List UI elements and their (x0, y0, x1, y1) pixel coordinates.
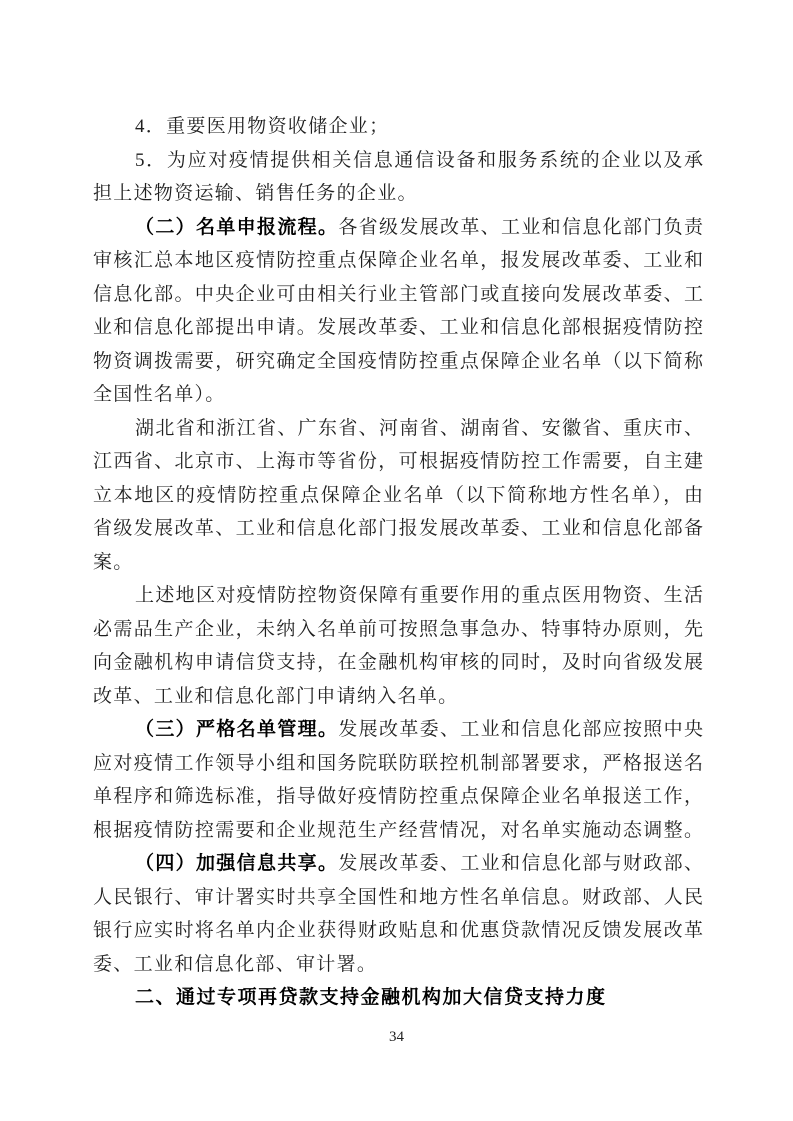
text-line: 5．为应对疫情提供相关信息通信设备和服务系统的企业以及承 (93, 144, 703, 178)
text-segment: 物资调拨需要，研究确定全国疫情防控重点保障企业名单（以下简称 (93, 351, 703, 372)
text-segment: 发展改革委、工业和信息化部与财政部、 (338, 853, 703, 874)
text-segment: 江西省、北京市、上海市等省份，可根据疫情防控工作需要，自主建 (93, 451, 703, 472)
text-line: 信息化部。中央企业可由相关行业主管部门或直接向发展改革委、工 (93, 278, 703, 312)
text-line: 单程序和筛选标准，指导做好疫情防控重点保障企业名单报送工作， (93, 780, 703, 814)
document-page: 4．重要医用物资收储企业；5．为应对疫情提供相关信息通信设备和服务系统的企业以及… (0, 0, 793, 1121)
text-line: 向金融机构申请信贷支持，在金融机构审核的同时，及时向省级发展 (93, 646, 703, 680)
text-segment: 案。 (93, 552, 134, 573)
text-line: 审核汇总本地区疫情防控重点保障企业名单，报发展改革委、工业和 (93, 244, 703, 278)
text-line: 物资调拨需要，研究确定全国疫情防控重点保障企业名单（以下简称 (93, 345, 703, 379)
text-segment: 根据疫情防控需要和企业规范生产经营情况，对名单实施动态调整。 (93, 820, 703, 841)
section-heading: 二、通过专项再贷款支持金融机构加大信贷支持力度 (93, 981, 703, 1015)
bold-text-segment: （四）加强信息共享。 (135, 853, 338, 874)
text-segment: 湖北省和浙江省、广东省、河南省、湖南省、安徽省、重庆市、 (135, 418, 703, 439)
text-line: 江西省、北京市、上海市等省份，可根据疫情防控工作需要，自主建 (93, 445, 703, 479)
text-line: 担上述物资运输、销售任务的企业。 (93, 177, 703, 211)
text-segment: 上述地区对疫情防控物资保障有重要作用的重点医用物资、生活 (135, 585, 703, 606)
page-footer: 34 (0, 1028, 793, 1046)
text-line: 应对疫情工作领导小组和国务院联防联控机制部署要求，严格报送名 (93, 747, 703, 781)
text-segment: 改革、工业和信息化部门申请纳入名单。 (93, 686, 458, 707)
text-segment: 担上述物资运输、销售任务的企业。 (93, 183, 418, 204)
text-segment: 必需品生产企业，未纳入名单前可按照急事急办、特事特办原则，先 (93, 619, 703, 640)
text-segment: 向金融机构申请信贷支持，在金融机构审核的同时，及时向省级发展 (93, 652, 703, 673)
text-segment: 5．为应对疫情提供相关信息通信设备和服务系统的企业以及承 (135, 150, 703, 171)
text-line: 业和信息化部提出申请。发展改革委、工业和信息化部根据疫情防控 (93, 311, 703, 345)
text-line: 银行应实时将名单内企业获得财政贴息和优惠贷款情况反馈发展改革 (93, 914, 703, 948)
text-segment: 人民银行、审计署实时共享全国性和地方性名单信息。财政部、人民 (93, 887, 703, 908)
text-line: 必需品生产企业，未纳入名单前可按照急事急办、特事特办原则，先 (93, 613, 703, 647)
text-segment: 4．重要医用物资收储企业； (135, 116, 389, 137)
text-line: 湖北省和浙江省、广东省、河南省、湖南省、安徽省、重庆市、 (93, 412, 703, 446)
text-line: 全国性名单）。 (93, 378, 703, 412)
text-line: 案。 (93, 546, 703, 580)
text-line: 省级发展改革、工业和信息化部门报发展改革委、工业和信息化部备 (93, 512, 703, 546)
text-line: 改革、工业和信息化部门申请纳入名单。 (93, 680, 703, 714)
text-segment: 应对疫情工作领导小组和国务院联防联控机制部署要求，严格报送名 (93, 753, 703, 774)
text-line: 根据疫情防控需要和企业规范生产经营情况，对名单实施动态调整。 (93, 814, 703, 848)
bold-text-segment: （三）严格名单管理。 (135, 719, 338, 740)
text-line: （二）名单申报流程。各省级发展改革、工业和信息化部门负责 (93, 211, 703, 245)
text-line: 人民银行、审计署实时共享全国性和地方性名单信息。财政部、人民 (93, 881, 703, 915)
text-line: （四）加强信息共享。发展改革委、工业和信息化部与财政部、 (93, 847, 703, 881)
text-line: （三）严格名单管理。发展改革委、工业和信息化部应按照中央 (93, 713, 703, 747)
text-segment: 业和信息化部提出申请。发展改革委、工业和信息化部根据疫情防控 (93, 317, 703, 338)
text-segment: 立本地区的疫情防控重点保障企业名单（以下简称地方性名单），由 (93, 485, 703, 506)
text-line: 上述地区对疫情防控物资保障有重要作用的重点医用物资、生活 (93, 579, 703, 613)
text-segment: 全国性名单）。 (93, 384, 226, 405)
bold-text-segment: 二、通过专项再贷款支持金融机构加大信贷支持力度 (135, 987, 607, 1008)
text-segment: 委、工业和信息化部、审计署。 (93, 954, 377, 975)
page-number: 34 (389, 1029, 404, 1045)
text-segment: 银行应实时将名单内企业获得财政贴息和优惠贷款情况反馈发展改革 (93, 920, 703, 941)
text-segment: 发展改革委、工业和信息化部应按照中央 (338, 719, 703, 740)
text-segment: 审核汇总本地区疫情防控重点保障企业名单，报发展改革委、工业和 (93, 250, 703, 271)
text-line: 立本地区的疫情防控重点保障企业名单（以下简称地方性名单），由 (93, 479, 703, 513)
text-line: 4．重要医用物资收储企业； (93, 110, 703, 144)
text-line: 委、工业和信息化部、审计署。 (93, 948, 703, 982)
text-segment: 省级发展改革、工业和信息化部门报发展改革委、工业和信息化部备 (93, 518, 703, 539)
text-segment: 单程序和筛选标准，指导做好疫情防控重点保障企业名单报送工作， (93, 786, 703, 807)
bold-text-segment: （二）名单申报流程。 (135, 217, 338, 238)
text-segment: 各省级发展改革、工业和信息化部门负责 (338, 217, 703, 238)
document-body: 4．重要医用物资收储企业；5．为应对疫情提供相关信息通信设备和服务系统的企业以及… (93, 110, 703, 1015)
text-segment: 信息化部。中央企业可由相关行业主管部门或直接向发展改革委、工 (93, 284, 703, 305)
